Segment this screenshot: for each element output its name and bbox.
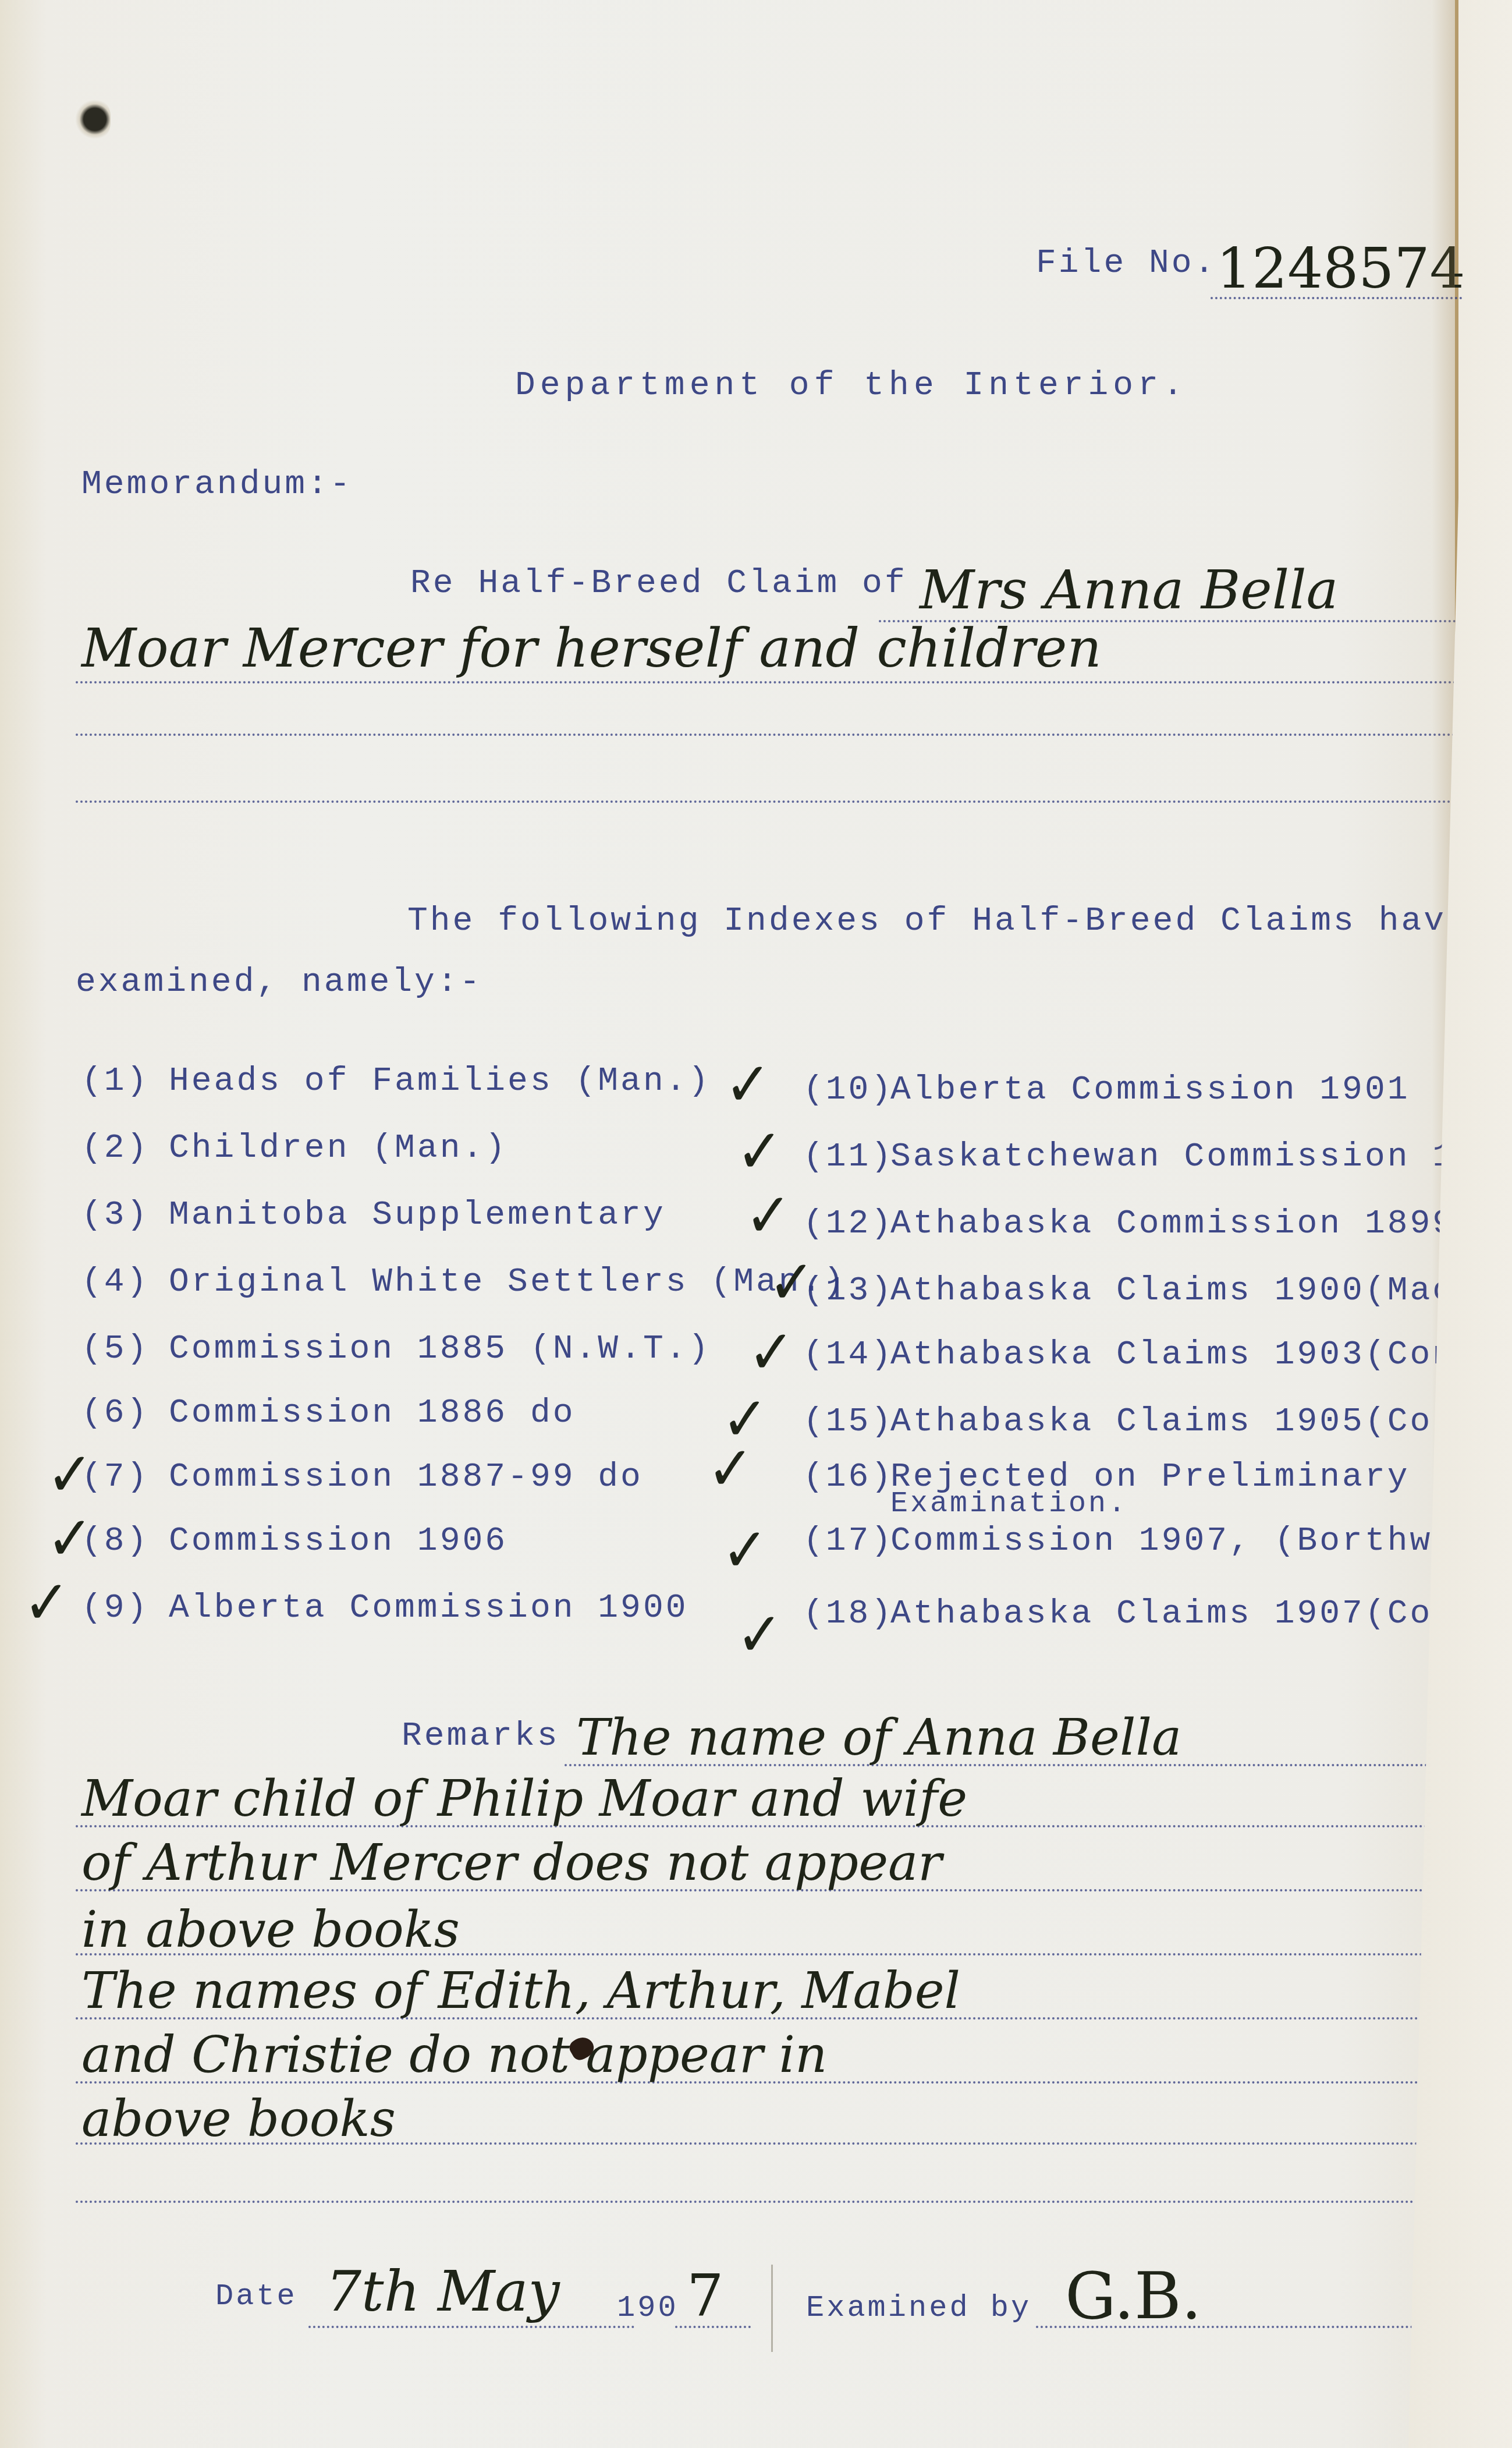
- remarks-text-line: The name of Anna Bella: [576, 1709, 1181, 1767]
- intro-line-1: The following Indexes of Half-Breed Clai…: [407, 902, 1512, 940]
- index-item: (2)Children (Man.): [81, 1129, 507, 1167]
- department-title: Department of the Interior.: [515, 367, 1188, 405]
- index-item: (11)Saskatchewan Commission 1900: [803, 1138, 1512, 1176]
- date-value: 7th May: [326, 2259, 560, 2324]
- remarks-text-line: The names of Edith, Arthur, Mabel: [81, 1962, 960, 2020]
- index-item: (10)Alberta Commission 1901: [803, 1071, 1410, 1109]
- punch-hole-icon: [76, 99, 111, 140]
- claimant-name-line1: Mrs Anna Bella: [920, 559, 1338, 621]
- index-item: (12)Athabaska Commission 1899: [803, 1205, 1455, 1243]
- check-mark-icon: ✓: [736, 1121, 783, 1182]
- index-item: (4)Original White Settlers (Man.): [81, 1263, 846, 1301]
- index-item: (5)Commission 1885 (N.W.T.): [81, 1330, 711, 1368]
- date-label: Date: [215, 2279, 297, 2314]
- index-item: (7)Commission 1887-99 do: [81, 1458, 643, 1496]
- file-no-value: 1248574: [1216, 236, 1465, 301]
- index-item: (15)Athabaska Claims 1905(Conroy): [803, 1403, 1512, 1441]
- check-mark-icon: ✓: [722, 1519, 768, 1581]
- remarks-text-line: above books: [81, 2090, 396, 2148]
- index-item: (13)Athabaska Claims 1900(Macrae): [803, 1272, 1512, 1310]
- check-mark-icon: ✓: [745, 1185, 792, 1246]
- date-year-prefix: 190: [617, 2291, 679, 2325]
- check-mark-icon: ✓: [47, 1508, 93, 1570]
- memorandum-label: Memorandum:-: [81, 466, 353, 504]
- index-item: (17)Commission 1907, (Borthwick): [803, 1522, 1512, 1560]
- claim-underline-3: [76, 734, 1484, 736]
- index-item-continuation: Examination.: [890, 1487, 1128, 1521]
- index-item: (9)Alberta Commission 1900: [81, 1589, 688, 1627]
- check-mark-icon: ✓: [748, 1322, 794, 1383]
- index-item: (6)Commission 1886 do: [81, 1394, 576, 1432]
- footer-divider: [771, 2265, 773, 2352]
- index-item: (14)Athabaska Claims 1903(Conroy): [803, 1336, 1512, 1374]
- remarks-text-line: Moar child of Philip Moar and wife: [81, 1770, 967, 1828]
- claim-underline-2: [76, 681, 1512, 683]
- index-item: (8)Commission 1906: [81, 1522, 507, 1560]
- file-no-label: File No.: [1036, 245, 1216, 282]
- memorandum-page: File No. 1248574 Department of the Inter…: [0, 0, 1458, 2448]
- check-mark-icon: ✓: [47, 1444, 93, 1505]
- date-year-suffix: 7: [687, 2262, 724, 2330]
- index-item: (18)Athabaska Claims 1907(Conroy.): [803, 1595, 1512, 1633]
- check-mark-icon: ✓: [736, 1604, 783, 1666]
- remarks-text-line: of Arthur Mercer does not appear: [81, 1834, 942, 1892]
- claim-underline-4: [76, 800, 1461, 803]
- claim-label: Re Half-Breed Claim of: [410, 565, 907, 603]
- remarks-text-line: and Christie do not appear in: [81, 2026, 827, 2084]
- examined-by-label: Examined by: [806, 2291, 1031, 2325]
- index-item: (1)Heads of Families (Man.): [81, 1062, 711, 1100]
- remarks-text-line: in above books: [81, 1901, 460, 1959]
- examiner-initials: G.B.: [1065, 2259, 1202, 2333]
- date-underline: [308, 2326, 634, 2328]
- claimant-name-line2: Moar Mercer for herself and children: [81, 617, 1102, 679]
- remarks-label: Remarks: [402, 1717, 560, 1755]
- check-mark-icon: ✓: [23, 1572, 70, 1634]
- remarks-underline: [76, 2201, 1438, 2203]
- index-item: (3)Manitoba Supplementary: [81, 1196, 666, 1234]
- intro-line-2: examined, namely:-: [76, 963, 482, 1001]
- check-mark-icon: ✓: [707, 1438, 754, 1500]
- check-mark-icon: ✓: [725, 1054, 771, 1115]
